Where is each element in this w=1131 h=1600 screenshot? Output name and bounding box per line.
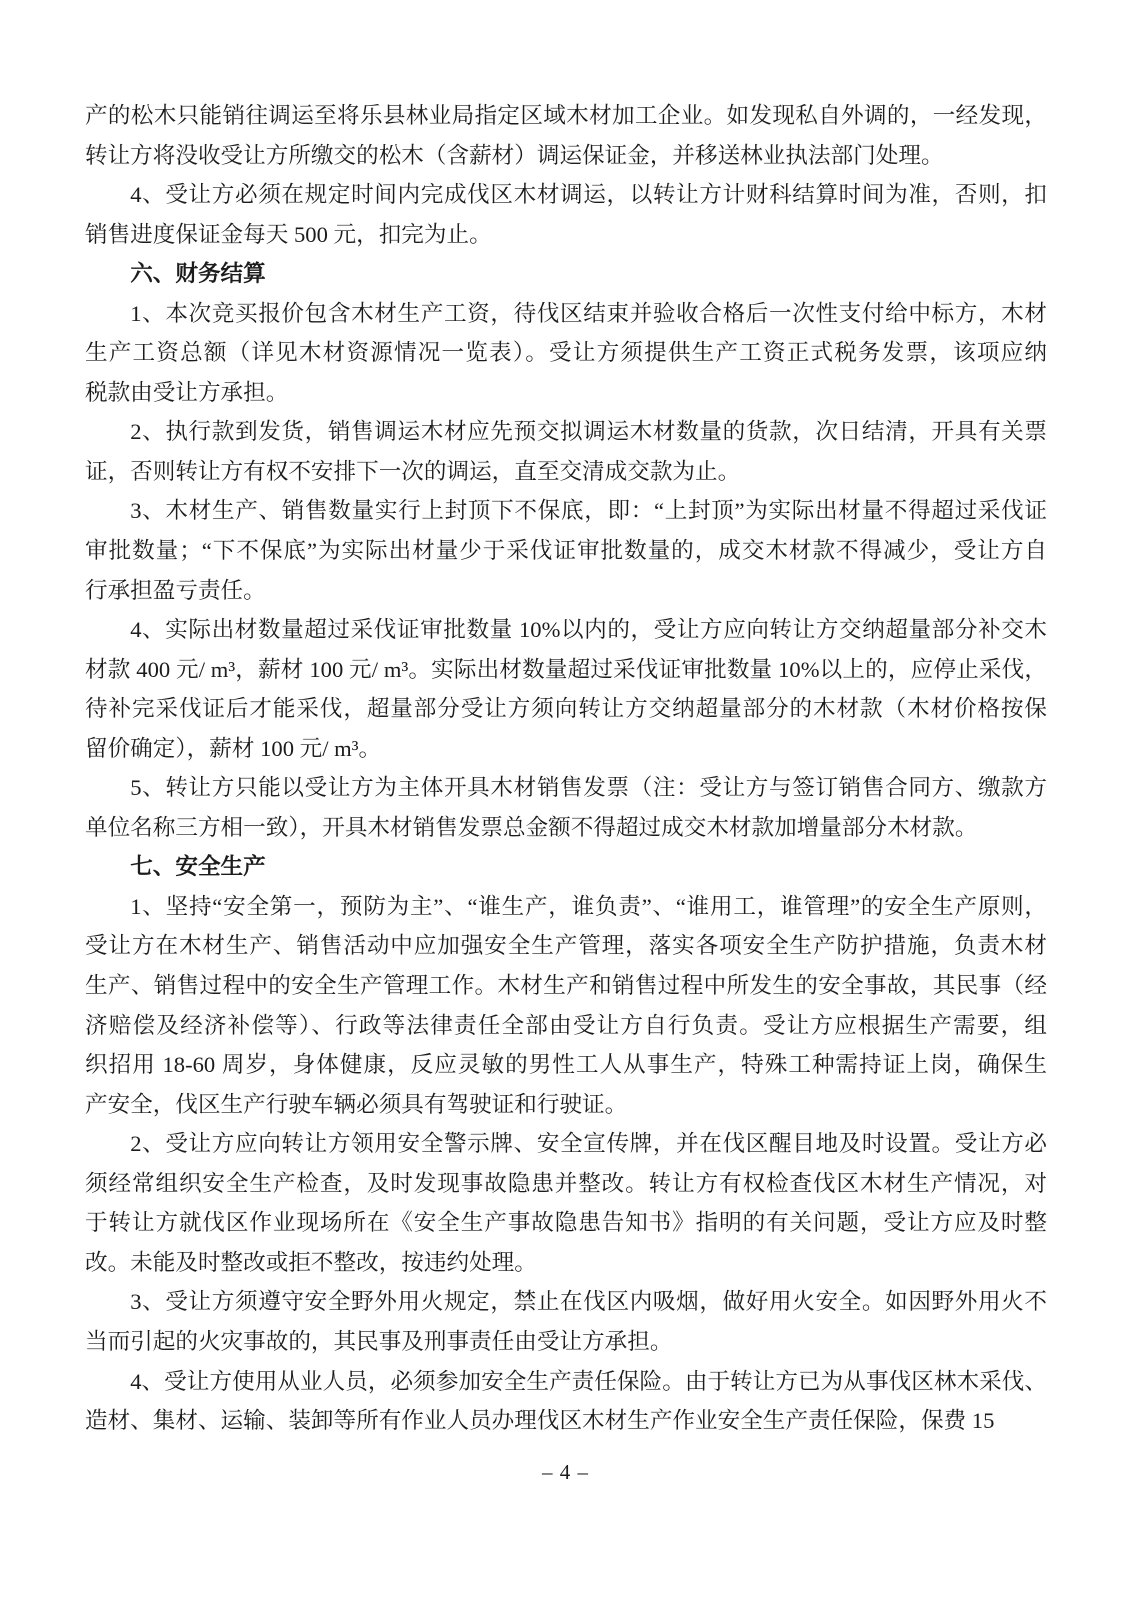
text-line: 销售进度保证金每天 500 元，扣完为止。 xyxy=(85,215,1047,255)
text-line: 改。未能及时整改或拒不整改，按违约处理。 xyxy=(85,1243,1047,1283)
text-line: 单位名称三方相一致），开具木材销售发票总金额不得超过成交木材款加增量部分木材款。 xyxy=(85,808,1047,848)
text-line: 行承担盈亏责任。 xyxy=(85,571,1047,611)
text-line: 转让方将没收受让方所缴交的松木（含薪材）调运保证金，并移送林业执法部门处理。 xyxy=(85,136,1047,176)
page-number: – 4 – xyxy=(0,1460,1131,1485)
text-line: 须经常组织安全生产检查，及时发现事故隐患并整改。转让方有权检查伐区木材生产情况，… xyxy=(85,1164,1047,1204)
text-line: 受让方在木材生产、销售活动中应加强安全生产管理，落实各项安全生产防护措施，负责木… xyxy=(85,926,1047,966)
text-line: 5、转让方只能以受让方为主体开具木材销售发票（注：受让方与签订销售合同方、缴款方 xyxy=(85,768,1047,808)
text-line: 当而引起的火灾事故的，其民事及刑事责任由受让方承担。 xyxy=(85,1322,1047,1362)
text-line: 3、木材生产、销售数量实行上封顶下不保底，即：“上封顶”为实际出材量不得超过采伐… xyxy=(85,491,1047,531)
text-line: 3、受让方须遵守安全野外用火规定，禁止在伐区内吸烟，做好用火安全。如因野外用火不 xyxy=(85,1282,1047,1322)
text-line: 2、受让方应向转让方领用安全警示牌、安全宣传牌，并在伐区醒目地及时设置。受让方必 xyxy=(85,1124,1047,1164)
section-heading: 六、财务结算 xyxy=(85,254,1047,294)
text-line: 于转让方就伐区作业现场所在《安全生产事故隐患告知书》指明的有关问题，受让方应及时… xyxy=(85,1203,1047,1243)
text-line: 1、本次竞买报价包含木材生产工资，待伐区结束并验收合格后一次性支付给中标方，木材 xyxy=(85,294,1047,334)
text-line: 1、坚持“安全第一，预防为主”、“谁生产，谁负责”、“谁用工，谁管理”的安全生产… xyxy=(85,887,1047,927)
text-line: 生产、销售过程中的安全生产管理工作。木材生产和销售过程中所发生的安全事故，其民事… xyxy=(85,966,1047,1006)
text-line: 证，否则转让方有权不安排下一次的调运，直至交清成交款为止。 xyxy=(85,452,1047,492)
text-line: 产安全，伐区生产行驶车辆必须具有驾驶证和行驶证。 xyxy=(85,1085,1047,1125)
text-line: 织招用 18-60 周岁，身体健康，反应灵敏的男性工人从事生产，特殊工种需持证上… xyxy=(85,1045,1047,1085)
text-line: 济赔偿及经济补偿等）、行政等法律责任全部由受让方自行负责。受让方应根据生产需要，… xyxy=(85,1006,1047,1046)
text-line: 4、实际出材数量超过采伐证审批数量 10%以内的，受让方应向转让方交纳超量部分补… xyxy=(85,610,1047,650)
text-line: 2、执行款到发货，销售调运木材应先预交拟调运木材数量的货款，次日结清，开具有关票 xyxy=(85,412,1047,452)
text-line: 审批数量；“下不保底”为实际出材量少于采伐证审批数量的，成交木材款不得减少，受让… xyxy=(85,531,1047,571)
text-line: 留价确定），薪材 100 元/ m³。 xyxy=(85,729,1047,769)
text-line: 生产工资总额（详见木材资源情况一览表）。受让方须提供生产工资正式税务发票，该项应… xyxy=(85,333,1047,373)
text-line: 材款 400 元/ m³，薪材 100 元/ m³。实际出材数量超过采伐证审批数… xyxy=(85,650,1047,690)
document-page: 产的松木只能销往调运至将乐县林业局指定区域木材加工企业。如发现私自外调的，一经发… xyxy=(0,0,1131,1600)
text-line: 待补完采伐证后才能采伐，超量部分受让方须向转让方交纳超量部分的木材款（木材价格按… xyxy=(85,689,1047,729)
page-body: 产的松木只能销往调运至将乐县林业局指定区域木材加工企业。如发现私自外调的，一经发… xyxy=(85,96,1047,1441)
text-line: 造材、集材、运输、装卸等所有作业人员办理伐区木材生产作业安全生产责任保险，保费 … xyxy=(85,1401,1047,1441)
text-line: 产的松木只能销往调运至将乐县林业局指定区域木材加工企业。如发现私自外调的，一经发… xyxy=(85,96,1047,136)
text-line: 4、受让方必须在规定时间内完成伐区木材调运，以转让方计财科结算时间为准，否则，扣 xyxy=(85,175,1047,215)
text-line: 税款由受让方承担。 xyxy=(85,373,1047,413)
text-line: 4、受让方使用从业人员，必须参加安全生产责任保险。由于转让方已为从事伐区林木采伐… xyxy=(85,1362,1047,1402)
section-heading: 七、安全生产 xyxy=(85,847,1047,887)
